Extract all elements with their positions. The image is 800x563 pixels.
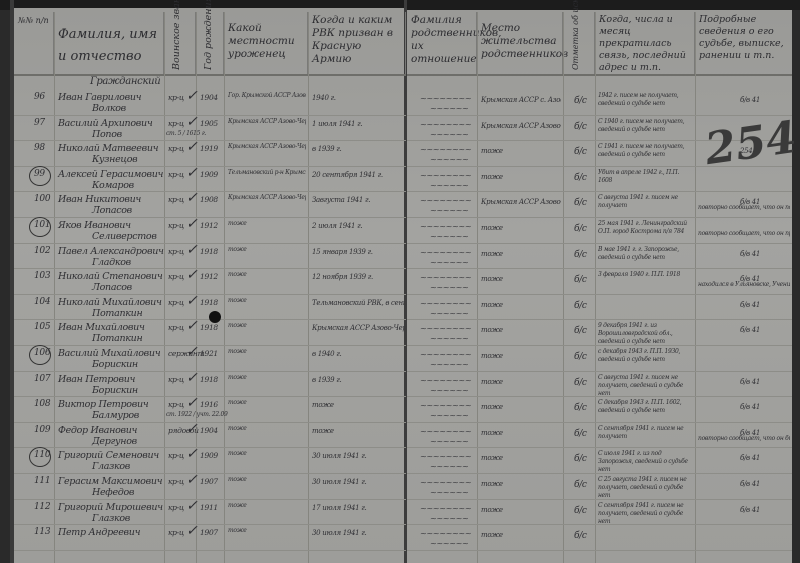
military-rank: кр-ц (168, 119, 184, 128)
review-mark: б/в 41 (740, 96, 760, 104)
first-name-patronymic: Николай Михайлович (58, 297, 162, 308)
row-number: 112 (34, 502, 50, 512)
drafted-date: 20 сентября 1941 г. (312, 171, 404, 179)
relatives-name-illegible: ~~~~~~~~ (420, 376, 471, 385)
status-mark: б/с (574, 301, 587, 311)
header-relatives-address: Место жительства родственников (477, 12, 563, 74)
check-mark-icon: ✓ (186, 293, 197, 309)
birth-year: 1909 (200, 451, 218, 460)
missing-info (598, 527, 694, 551)
row-number: 102 (34, 246, 50, 256)
last-name: Борискин (92, 385, 138, 396)
birthplace: тоже (228, 450, 306, 457)
row-rule (14, 243, 406, 244)
column-rule (477, 12, 478, 563)
relatives-name-illegible: ~~~~~~~~ (420, 222, 471, 231)
last-name: Глазков (92, 461, 130, 472)
header-when-missing-text: Когда, числа и месяц прекратилась связь,… (599, 14, 686, 73)
missing-info: 3 февраля 1940 г. П.П. 1918 (598, 271, 694, 295)
last-name: Волков (92, 103, 126, 114)
status-mark: б/с (574, 122, 587, 132)
drafted-date: 15 января 1939 г. (312, 248, 404, 256)
check-mark-icon: ✓ (186, 498, 197, 514)
missing-info: С сентября 1941 г. писем не получает (598, 425, 694, 449)
military-rank: кр-ц (168, 477, 184, 486)
relatives-name-illegible: ~~~~~~ (430, 155, 468, 164)
relatives-name-illegible: ~~~~~~~~ (420, 273, 471, 282)
drafted-date: 12 ноября 1939 г. (312, 273, 404, 281)
military-rank: кр-ц (168, 170, 184, 179)
header-num: №№ п/п (14, 12, 54, 74)
status-mark: б/с (574, 275, 587, 285)
last-name: Нефедов (92, 487, 134, 498)
header-rank: Воинское звание (164, 12, 196, 74)
check-mark-icon: ✓ (186, 421, 197, 437)
header-birthplace-text: Какой местности уроженец (228, 22, 295, 60)
last-name: Попов (92, 129, 122, 140)
birth-year: 1916 (200, 400, 218, 409)
check-mark-icon: ✓ (186, 370, 197, 386)
last-name: Балмуров (92, 410, 139, 421)
drafted-date: Завгуста 1941 г. (312, 196, 404, 204)
relatives-address: тоже (481, 531, 561, 539)
first-name-patronymic: Иван Никитович (58, 194, 141, 205)
relatives-name-illegible: ~~~~~~~~ (420, 196, 471, 205)
first-name-patronymic: Василий Архипович (58, 118, 152, 129)
circled-number-mark (29, 217, 51, 237)
status-mark: б/с (574, 173, 587, 183)
row-rule (14, 396, 406, 397)
military-rank: кр-ц (168, 323, 184, 332)
header-num-text: №№ п/п (18, 16, 49, 25)
status-mark: б/с (574, 429, 587, 439)
last-name: Лопасов (92, 282, 132, 293)
row-rule (14, 524, 406, 525)
header-birth-year-text: Год рождения (202, 0, 215, 70)
birthplace: Крымская АССР Азово-Черноморского р-на с… (228, 143, 306, 150)
check-mark-icon: ✓ (186, 139, 197, 155)
row-rule (14, 191, 406, 192)
relatives-name-illegible: ~~~~~~ (430, 283, 468, 292)
birth-year: 1911 (200, 503, 218, 512)
row-rule (14, 371, 406, 372)
military-rank: кр-ц (168, 298, 184, 307)
birthplace: тоже (228, 271, 306, 278)
birth-year: 1908 (200, 195, 218, 204)
relatives-name-illegible: ~~~~~~~~ (420, 350, 471, 359)
relatives-address: Крымская АССР Азово-Черноморского р-на (481, 122, 561, 130)
relatives-name-illegible: ~~~~~~ (430, 360, 468, 369)
relatives-address: Крымская АССР с. Азово-Каменка (481, 96, 561, 104)
military-rank: кр-ц (168, 221, 184, 230)
left-page-edge (10, 0, 14, 563)
drafted-date: 2 июля 1941 г. (312, 222, 404, 230)
page-binding (404, 0, 407, 563)
circled-number-mark (29, 166, 51, 186)
check-mark-icon: ✓ (186, 523, 197, 539)
drafted-date: Тельмановский РВК, в сентябре 1940 г. (312, 299, 404, 307)
scanned-ledger: №№ п/п Фамилия, имя и отчество Воинское … (0, 0, 800, 563)
row-rule (14, 447, 406, 448)
header-rank-text: Воинское звание (170, 0, 183, 70)
missing-info: 25 мая 1941 г. Ленинградский О.П. город … (598, 220, 694, 244)
row-number: 100 (34, 194, 50, 204)
birthplace: Крымская АССР Азово-Черноморского р-на с… (228, 118, 306, 125)
status-mark: б/с (574, 352, 587, 362)
birth-year: 1918 (200, 247, 218, 256)
missing-info: С августа 1941 г. писем не получает, све… (598, 374, 694, 398)
row-number: 104 (34, 297, 50, 307)
last-name: Комаров (92, 180, 134, 191)
column-rule (308, 12, 309, 563)
drafted-date: 30 июля 1941 г. (312, 452, 404, 460)
relatives-name-illegible: ~~~~~~~~ (420, 299, 471, 308)
birth-year: 1912 (200, 221, 218, 230)
review-mark: б/в 41 (740, 454, 760, 462)
relatives-name-illegible: ~~~~~~~~ (420, 427, 471, 436)
relatives-address: тоже (481, 301, 561, 309)
row-rule (14, 140, 406, 141)
drafted-date: 1940 г. (312, 94, 404, 102)
relatives-address: тоже (481, 454, 561, 462)
header-name: Фамилия, имя и отчество (54, 12, 164, 74)
military-rank: кр-ц (168, 528, 184, 537)
status-mark: б/с (574, 326, 587, 336)
missing-info: С 1941 г. писем не получает, сведений о … (598, 143, 694, 167)
status-mark: б/с (574, 454, 587, 464)
military-rank: кр-ц (168, 144, 184, 153)
relatives-address: тоже (481, 326, 561, 334)
birthplace: Крымская АССР Азово-Черноморского р-на Т… (228, 194, 306, 201)
relatives-name-illegible: ~~~~~~ (430, 130, 468, 139)
relatives-address: тоже (481, 378, 561, 386)
missing-info: С 25 августа 1941 г. писем не получает, … (598, 476, 694, 500)
relatives-address: тоже (481, 173, 561, 181)
status-mark: б/с (574, 224, 587, 234)
circled-number-mark (29, 345, 51, 365)
first-name-patronymic: Василий Михайлович (58, 348, 160, 359)
row-number: 96 (34, 92, 45, 102)
relatives-name-illegible: ~~~~~~~~ (420, 478, 471, 487)
missing-info: С июля 1941 г. из под Запорожья, сведени… (598, 450, 694, 474)
relatives-name-illegible: ~~~~~~~~ (420, 94, 471, 103)
first-name-patronymic: Иван Гаврилович (58, 92, 141, 103)
header-relatives-address-text: Место жительства родственников (481, 22, 568, 60)
header-status: Отметка об исключении (563, 12, 595, 74)
status-mark: б/с (574, 378, 587, 388)
birth-year: 1918 (200, 298, 218, 307)
header-details-text: Подробные сведения о его судьбе, выписке… (699, 14, 784, 61)
remark: повторно сообщает, что он погиб (698, 204, 790, 211)
birthplace: Тельмановский р-н Крымская АССР (228, 169, 306, 176)
first-name-patronymic: Григорий Мирошевич (58, 502, 163, 513)
column-rule (164, 12, 165, 563)
check-mark-icon: ✓ (186, 88, 197, 104)
remark: повторно сообщает, что он пропал без вес… (698, 230, 790, 237)
drafted-date: в 1939 г. (312, 145, 404, 153)
review-mark: б/в 41 (740, 480, 760, 488)
drafted-date: 1 июля 1941 г. (312, 120, 404, 128)
military-rank: кр-ц (168, 451, 184, 460)
relatives-name-illegible: ~~~~~~ (430, 232, 468, 241)
birth-year: 1904 (200, 426, 218, 435)
relatives-name-illegible: ~~~~~~ (430, 104, 468, 113)
row-rule (14, 345, 406, 346)
review-mark: б/в 41 (740, 378, 760, 386)
row-number: 103 (34, 271, 50, 281)
row-number: 105 (34, 322, 50, 332)
row-rule (14, 268, 406, 269)
review-mark: б/в 41 (740, 301, 760, 309)
drafted-date: Крымская АССР Азово-Черноморского р-на, … (312, 324, 404, 332)
birthplace: тоже (228, 374, 306, 381)
relatives-name-illegible: ~~~~~~ (430, 206, 468, 215)
status-mark: б/с (574, 198, 587, 208)
status-mark: б/с (574, 403, 587, 413)
relatives-address: тоже (481, 352, 561, 360)
last-name: Гладков (92, 257, 131, 268)
missing-info: 9 декабря 1941 г. из Ворошиловградской о… (598, 322, 694, 346)
header-details: Подробные сведения о его судьбе, выписке… (695, 12, 790, 74)
missing-info: С декабря 1943 г. П.П. 1602, сведений о … (598, 399, 694, 423)
check-mark-icon: ✓ (186, 472, 197, 488)
military-rank: кр-ц (168, 247, 184, 256)
missing-info: Убит в апреле 1942 г., П.П. 1608 (598, 169, 694, 193)
missing-info: С 1940 г. писем не получает, сведений о … (598, 118, 694, 142)
relatives-name-illegible: ~~~~~~ (430, 334, 468, 343)
relatives-name-illegible: ~~~~~~ (430, 386, 468, 395)
check-mark-icon: ✓ (186, 344, 197, 360)
birthplace: тоже (228, 322, 306, 329)
military-rank: кр-ц (168, 195, 184, 204)
last-name: Кузнецов (92, 154, 137, 165)
relatives-name-illegible: ~~~~~~ (430, 411, 468, 420)
last-name: Лопасов (92, 205, 132, 216)
relatives-name-illegible: ~~~~~~ (430, 539, 468, 548)
first-name-patronymic: Николай Матвеевич (58, 143, 158, 154)
birthplace: тоже (228, 425, 306, 432)
relatives-name-illegible: ~~~~~~ (430, 181, 468, 190)
missing-info (598, 297, 694, 321)
relatives-name-illegible: ~~~~~~~~ (420, 171, 471, 180)
header-relatives: Фамилия родственников, их отношение (407, 12, 477, 74)
drafted-date: 17 июля 1941 г. (312, 504, 404, 512)
ink-blot (209, 311, 221, 323)
first-name-patronymic: Иван Петрович (58, 374, 135, 385)
birth-year: 1919 (200, 144, 218, 153)
birthplace: тоже (228, 246, 306, 253)
column-rule (54, 12, 55, 563)
relatives-address: тоже (481, 429, 561, 437)
row-number: 97 (34, 118, 45, 128)
first-name-patronymic: Алексей Герасимович (58, 169, 163, 180)
relatives-name-illegible: ~~~~~~ (430, 462, 468, 471)
relatives-address: тоже (481, 480, 561, 488)
military-rank: кр-ц (168, 272, 184, 281)
header-birth-year: Год рождения (196, 12, 224, 74)
column-rule (595, 12, 596, 563)
military-rank: кр-ц (168, 400, 184, 409)
row-rule (14, 166, 406, 167)
first-name-patronymic: Иван Михайлович (58, 322, 145, 333)
last-name: Дергунов (92, 436, 137, 447)
birthplace: тоже (228, 476, 306, 483)
relatives-name-illegible: ~~~~~~~~ (420, 145, 471, 154)
header-name-text: Фамилия, имя и отчество (58, 27, 157, 64)
birthplace: тоже (228, 220, 306, 227)
last-name: Селиверстов (92, 231, 157, 242)
relatives-address: тоже (481, 147, 561, 155)
missing-info: 1942 г. писем не получает, сведений о су… (598, 92, 694, 116)
relatives-name-illegible: ~~~~~~ (430, 309, 468, 318)
missing-info: с декабря 1943 г. П.П. 1930, сведений о … (598, 348, 694, 372)
check-mark-icon: ✓ (186, 165, 197, 181)
row-rule (14, 217, 406, 218)
birth-year: 1905 (200, 119, 218, 128)
first-name-patronymic: Павел Александрович (58, 246, 164, 257)
first-name-patronymic: Петр Андреевич (58, 527, 140, 538)
row-number: 107 (34, 374, 50, 384)
review-mark: б/в 41 (740, 250, 760, 258)
last-name: Глазков (92, 513, 130, 524)
header-when-missing: Когда, числа и месяц прекратилась связь,… (595, 12, 695, 74)
missing-info: С августа 1941 г. писем не получает (598, 194, 694, 218)
header-drafted: Когда и каким РВК призван в Красную Арми… (308, 12, 406, 74)
drafted-date: тоже (312, 401, 404, 409)
section-label: Гражданский (90, 76, 160, 87)
relatives-name-illegible: ~~~~~~ (430, 437, 468, 446)
relatives-name-illegible: ~~~~~~ (430, 514, 468, 523)
column-rule (695, 12, 696, 563)
last-name: Борискин (92, 359, 138, 370)
row-rule (14, 115, 406, 116)
relatives-name-illegible: ~~~~~~~~ (420, 120, 471, 129)
birthplace: тоже (228, 399, 306, 406)
status-mark: б/с (574, 250, 587, 260)
birthplace: тоже (228, 502, 306, 509)
remark: повторно сообщает, что он был убит (698, 435, 790, 442)
relatives-address: тоже (481, 250, 561, 258)
check-mark-icon: ✓ (186, 395, 197, 411)
drafted-date: в 1940 г. (312, 350, 404, 358)
row-number: 98 (34, 143, 45, 153)
relatives-name-illegible: ~~~~~~~~ (420, 401, 471, 410)
status-mark: б/с (574, 96, 587, 106)
row-note: ст. 5 / 1615 г. (166, 130, 206, 137)
relatives-name-illegible: ~~~~~~ (430, 488, 468, 497)
drafted-date: 30 июля 1941 г. (312, 529, 404, 537)
relatives-address: Крымская АССР Азово-Черноморского р-на с… (481, 198, 561, 206)
last-name: Потапкин (92, 333, 142, 344)
row-number: 108 (34, 399, 50, 409)
row-rule (14, 499, 406, 500)
row-number: 109 (34, 425, 50, 435)
birthplace: тоже (228, 348, 306, 355)
birth-year: 1907 (200, 477, 218, 486)
relatives-address: тоже (481, 403, 561, 411)
status-mark: б/с (574, 480, 587, 490)
review-mark: б/в 41 (740, 506, 760, 514)
military-rank: кр-ц (168, 93, 184, 102)
birth-year: 1909 (200, 170, 218, 179)
review-mark: б/в 41 (740, 403, 760, 411)
missing-info: В мае 1941 г. г. Запорожье, сведений о с… (598, 246, 694, 270)
birthplace: тоже (228, 297, 306, 304)
row-rule (14, 550, 406, 551)
row-rule (14, 294, 406, 295)
first-name-patronymic: Николай Степанович (58, 271, 162, 282)
check-mark-icon: ✓ (186, 190, 197, 206)
relatives-name-illegible: ~~~~~~~~ (420, 452, 471, 461)
row-rule (14, 422, 406, 423)
row-number: 113 (34, 527, 50, 537)
check-mark-icon: ✓ (186, 114, 197, 130)
drafted-date: 30 июля 1941 г. (312, 478, 404, 486)
header-rule-right (407, 74, 792, 76)
status-mark: б/с (574, 531, 587, 541)
column-rule (563, 12, 564, 563)
relatives-name-illegible: ~~~~~~~~ (420, 529, 471, 538)
military-rank: кр-ц (168, 503, 184, 512)
row-note: ст. 1922 / учт. 22.09 (166, 411, 228, 418)
relatives-address: тоже (481, 224, 561, 232)
birth-year: 1904 (200, 93, 218, 102)
header-status-text: Отметка об исключении (569, 0, 582, 70)
check-mark-icon: ✓ (186, 242, 197, 258)
birth-year: 1907 (200, 528, 218, 537)
check-mark-icon: ✓ (186, 318, 197, 334)
header-birthplace: Какой местности уроженец (224, 12, 308, 74)
relatives-address: тоже (481, 275, 561, 283)
remark: находился в Ульяновске, Ученический ... … (698, 281, 790, 288)
relatives-name-illegible: ~~~~~~ (430, 258, 468, 267)
birthplace: Гор. Крымской АССР Азово-Черноморского р… (228, 92, 306, 99)
relatives-name-illegible: ~~~~~~~~ (420, 324, 471, 333)
row-rule (14, 473, 406, 474)
relatives-name-illegible: ~~~~~~~~ (420, 504, 471, 513)
missing-info: С сентября 1941 г. писем не получает, св… (598, 502, 694, 526)
header-drafted-text: Когда и каким РВК призван в Красную Арми… (312, 14, 393, 65)
first-name-patronymic: Федор Иванович (58, 425, 137, 436)
birth-year: 1918 (200, 323, 218, 332)
column-rule (224, 12, 225, 563)
first-name-patronymic: Виктор Петрович (58, 399, 148, 410)
header-rule-left (14, 74, 406, 76)
birth-year: 1921 (200, 349, 218, 358)
check-mark-icon: ✓ (186, 446, 197, 462)
check-mark-icon: ✓ (186, 216, 197, 232)
drafted-date: в 1939 г. (312, 376, 404, 384)
last-name: Потапкин (92, 308, 142, 319)
drafted-date: тоже (312, 427, 404, 435)
first-name-patronymic: Герасим Максимович (58, 476, 162, 487)
status-mark: б/с (574, 147, 587, 157)
check-mark-icon: ✓ (186, 267, 197, 283)
first-name-patronymic: Григорий Семенович (58, 450, 159, 461)
relatives-name-illegible: ~~~~~~~~ (420, 248, 471, 257)
row-number: 111 (34, 476, 50, 486)
birthplace: тоже (228, 527, 306, 534)
review-mark: б/в 41 (740, 326, 760, 334)
status-mark: б/с (574, 506, 587, 516)
birth-year: 1918 (200, 375, 218, 384)
relatives-address: тоже (481, 506, 561, 514)
birth-year: 1912 (200, 272, 218, 281)
military-rank: кр-ц (168, 375, 184, 384)
first-name-patronymic: Яков Иванович (58, 220, 131, 231)
